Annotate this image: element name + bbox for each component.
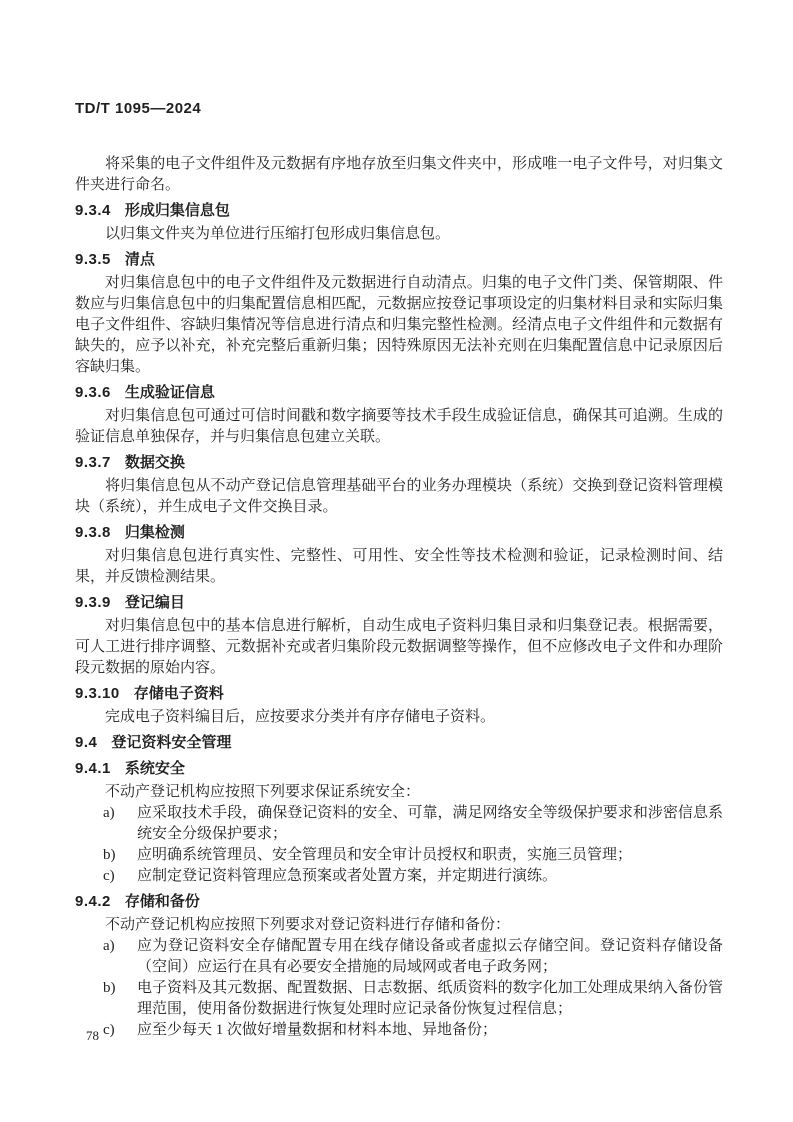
list-item: a) 应为登记资料安全存储配置专用在线存储设备或者虚拟云存储空间。登记资料存储设… [103, 936, 723, 978]
section-heading-9-3-6: 9.3.6生成验证信息 [75, 382, 723, 404]
list-item-label: c) [103, 1020, 137, 1041]
section-heading-9-4: 9.4登记资料安全管理 [75, 732, 723, 754]
document-body: 将采集的电子文件组件及元数据有序地存放至归集文件夹中，形成唯一电子文件号，对归集… [75, 154, 723, 1041]
list-item: b) 电子资料及其元数据、配置数据、日志数据、纸质资料的数字化加工处理成果纳入备… [103, 978, 723, 1020]
section-number: 9.3.8 [75, 524, 111, 541]
list-item: c) 应至少每天 1 次做好增量数据和材料本地、异地备份； [103, 1020, 723, 1041]
paragraph: 不动产登记机构应按照下列要求保证系统安全： [75, 782, 723, 803]
list-item: b) 应明确系统管理员、安全管理员和安全审计员授权和职责，实施三员管理； [103, 845, 723, 866]
section-number: 9.4 [75, 734, 97, 751]
paragraph: 对归集信息包可通过可信时间戳和数字摘要等技术手段生成验证信息，确保其可追溯。生成… [75, 406, 723, 448]
list-item-text: 应为登记资料安全存储配置专用在线存储设备或者虚拟云存储空间。登记资料存储设备（空… [137, 936, 723, 978]
list-item-label: c) [103, 866, 137, 887]
section-number: 9.3.7 [75, 454, 111, 471]
section-number: 9.3.9 [75, 594, 111, 611]
paragraph: 对归集信息包中的电子文件组件及元数据进行自动清点。归集的电子文件门类、保管期限、… [75, 273, 723, 378]
paragraph: 对归集信息包进行真实性、完整性、可用性、安全性等技术检测和验证，记录检测时间、结… [75, 546, 723, 588]
list-item-text: 应制定登记资料管理应急预案或者处置方案，并定期进行演练。 [137, 866, 723, 887]
document-code-header: TD/T 1095—2024 [75, 100, 201, 117]
section-heading-9-3-4: 9.3.4形成归集信息包 [75, 200, 723, 222]
list-item-text: 电子资料及其元数据、配置数据、日志数据、纸质资料的数字化加工处理成果纳入备份管理… [137, 978, 723, 1020]
section-title: 归集检测 [125, 524, 185, 541]
section-title: 生成验证信息 [125, 384, 215, 401]
section-number: 9.3.4 [75, 202, 111, 219]
list-item-text: 应至少每天 1 次做好增量数据和材料本地、异地备份； [137, 1020, 723, 1041]
paragraph: 不动产登记机构应按照下列要求对登记资料进行存储和备份： [75, 915, 723, 936]
list-item: c) 应制定登记资料管理应急预案或者处置方案，并定期进行演练。 [103, 866, 723, 887]
section-title: 登记资料安全管理 [111, 734, 231, 751]
section-heading-9-4-1: 9.4.1系统安全 [75, 758, 723, 780]
section-title: 数据交换 [125, 454, 185, 471]
section-number: 9.4.1 [75, 760, 111, 777]
section-number: 9.3.6 [75, 384, 111, 401]
section-number: 9.3.5 [75, 251, 111, 268]
paragraph: 对归集信息包中的基本信息进行解析，自动生成电子资料归集目录和归集登记表。根据需要… [75, 616, 723, 679]
section-heading-9-3-10: 9.3.10存储电子资料 [75, 683, 723, 705]
section-heading-9-3-5: 9.3.5清点 [75, 249, 723, 271]
section-number: 9.3.10 [75, 685, 120, 702]
section-title: 登记编目 [125, 594, 185, 611]
section-number: 9.4.2 [75, 893, 111, 910]
section-heading-9-4-2: 9.4.2存储和备份 [75, 891, 723, 913]
list-item-label: b) [103, 845, 137, 866]
paragraph: 将归集信息包从不动产登记信息管理基础平台的业务办理模块（系统）交换到登记资料管理… [75, 476, 723, 518]
section-title: 形成归集信息包 [125, 202, 230, 219]
list-item-label: a) [103, 936, 137, 978]
section-heading-9-3-7: 9.3.7数据交换 [75, 452, 723, 474]
paragraph: 将采集的电子文件组件及元数据有序地存放至归集文件夹中，形成唯一电子文件号，对归集… [75, 154, 723, 196]
paragraph: 以归集文件夹为单位进行压缩打包形成归集信息包。 [75, 224, 723, 245]
requirement-list-system-security: a) 应采取技术手段，确保登记资料的安全、可靠，满足网络安全等级保护要求和涉密信… [103, 803, 723, 887]
section-title: 清点 [125, 251, 155, 268]
paragraph: 完成电子资料编目后，应按要求分类并有序存储电子资料。 [75, 707, 723, 728]
document-page: TD/T 1095—2024 将采集的电子文件组件及元数据有序地存放至归集文件夹… [0, 0, 793, 1122]
list-item-text: 应明确系统管理员、安全管理员和安全审计员授权和职责，实施三员管理； [137, 845, 723, 866]
requirement-list-storage-backup: a) 应为登记资料安全存储配置专用在线存储设备或者虚拟云存储空间。登记资料存储设… [103, 936, 723, 1041]
page-number: 78 [86, 1028, 99, 1044]
section-title: 存储电子资料 [134, 685, 224, 702]
list-item-text: 应采取技术手段，确保登记资料的安全、可靠，满足网络安全等级保护要求和涉密信息系统… [137, 803, 723, 845]
section-heading-9-3-9: 9.3.9登记编目 [75, 592, 723, 614]
list-item-label: a) [103, 803, 137, 845]
list-item: a) 应采取技术手段，确保登记资料的安全、可靠，满足网络安全等级保护要求和涉密信… [103, 803, 723, 845]
section-heading-9-3-8: 9.3.8归集检测 [75, 522, 723, 544]
list-item-label: b) [103, 978, 137, 1020]
section-title: 存储和备份 [125, 893, 200, 910]
section-title: 系统安全 [125, 760, 185, 777]
